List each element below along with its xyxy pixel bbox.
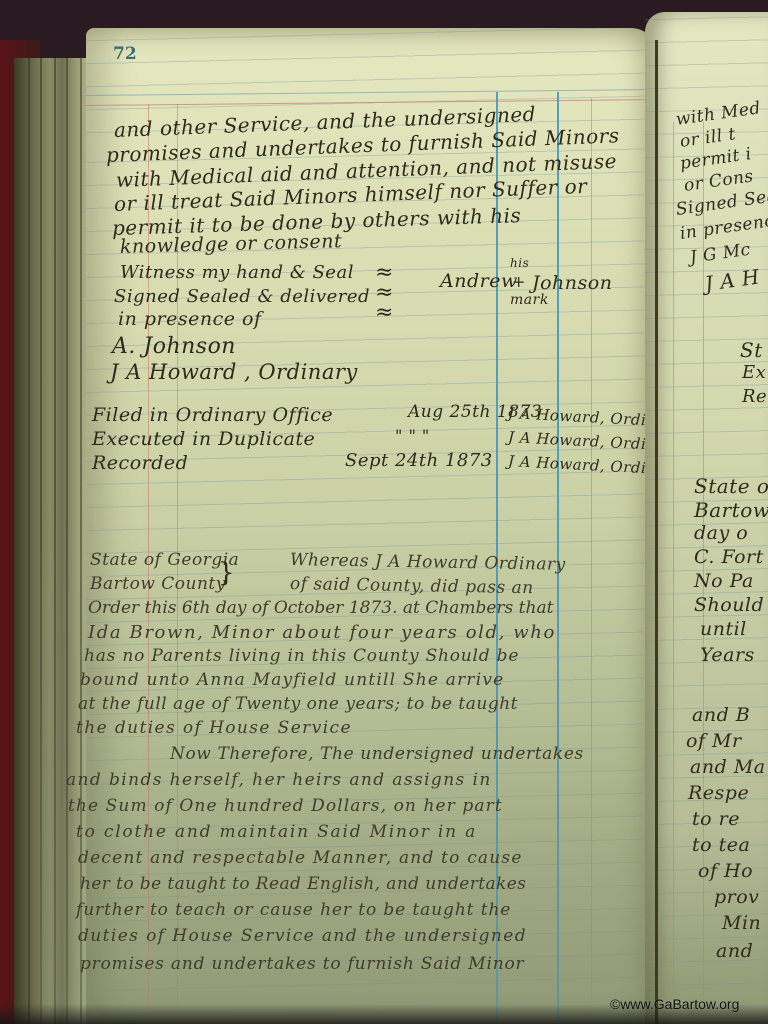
right-text-fragment: day o (694, 522, 748, 544)
right-text-fragment: and B (692, 704, 750, 726)
official-signature: J A Howard , Ordinary (110, 360, 358, 384)
witness-line: in presence of (118, 308, 261, 330)
right-text-fragment: Bartow (694, 498, 768, 522)
right-text-fragment: No Pa (694, 570, 754, 592)
text-line: further to teach or cause her to be taug… (76, 900, 511, 920)
right-text-fragment: Re (742, 386, 767, 407)
column-line-red (591, 98, 592, 1024)
right-text-fragment: and (716, 940, 753, 962)
right-text-fragment: prov (714, 886, 759, 908)
filing-label: Recorded (92, 452, 188, 474)
text-line: the duties of House Service (76, 718, 352, 738)
signature-cross: + (512, 272, 526, 291)
witness-line: Signed Sealed & delivered (114, 286, 370, 307)
right-text-fragment: of Ho (698, 860, 753, 882)
right-text-fragment: Years (700, 644, 755, 666)
text-line: the Sum of One hundred Dollars, on her p… (68, 796, 503, 816)
caption-county: Bartow County (90, 574, 226, 594)
right-text-fragment: Ex (742, 362, 766, 383)
right-text-fragment: until (700, 618, 747, 640)
copyright-watermark: ©www.GaBartow.org (610, 996, 739, 1012)
witness-line: Witness my hand & Seal (120, 262, 354, 283)
filing-label: Filed in Ordinary Office (92, 404, 333, 426)
text-line: Order this 6th day of October 1873. at C… (88, 598, 553, 618)
signature-first-name: Andrew (440, 270, 518, 292)
right-text-fragment: Respe (688, 782, 749, 804)
right-text-fragment: and Ma (690, 756, 766, 778)
caption-brace: } (218, 560, 235, 586)
header-rule-blue (86, 89, 660, 96)
right-text-fragment: to re (692, 808, 740, 830)
text-line: promises and undertakes to furnish Said … (80, 954, 524, 974)
right-text-fragment: State o (694, 474, 768, 498)
text-line: Ida Brown, Minor about four years old, w… (88, 622, 556, 643)
filing-date: Sept 24th 1873 (345, 450, 493, 471)
seal-brace: ≈ (375, 302, 393, 324)
text-line: and binds herself, her heirs and assigns… (66, 770, 492, 790)
right-text-fragment: Should (694, 594, 764, 616)
witness-name: A. Johnson (112, 334, 236, 359)
header-rule-red (86, 99, 660, 106)
text-line: has no Parents living in this County Sho… (84, 646, 519, 666)
right-text-fragment: Min (722, 912, 761, 934)
signature-his: his (510, 256, 529, 270)
right-text-fragment: C. Fort (694, 546, 764, 568)
text-line: her to be taught to Read English, and un… (80, 874, 526, 894)
filing-label: Executed in Duplicate (92, 428, 315, 450)
text-line: duties of House Service and the undersig… (78, 926, 527, 946)
text-line: Now Therefore, The undersigned undertake… (170, 744, 584, 764)
text-line: bound unto Anna Mayfield untill She arri… (80, 670, 504, 690)
signature-last-name: Johnson (532, 272, 612, 294)
page-number: 72 (113, 44, 137, 64)
signature-mark: mark (510, 292, 549, 308)
right-text-fragment: of Mr (686, 730, 742, 752)
text-line: at the full age of Twenty one years; to … (78, 694, 518, 714)
text-line: to clothe and maintain Said Minor in a (76, 822, 477, 842)
book-gutter (655, 40, 658, 1024)
right-text-fragment: St (740, 338, 763, 362)
filing-date: " " " (395, 426, 430, 445)
caption-state: State of Georgia (90, 550, 239, 570)
right-text-fragment: to tea (692, 834, 750, 856)
text-line: of said County, did pass an (290, 574, 534, 598)
text-line: decent and respectable Manner, and to ca… (78, 848, 523, 868)
